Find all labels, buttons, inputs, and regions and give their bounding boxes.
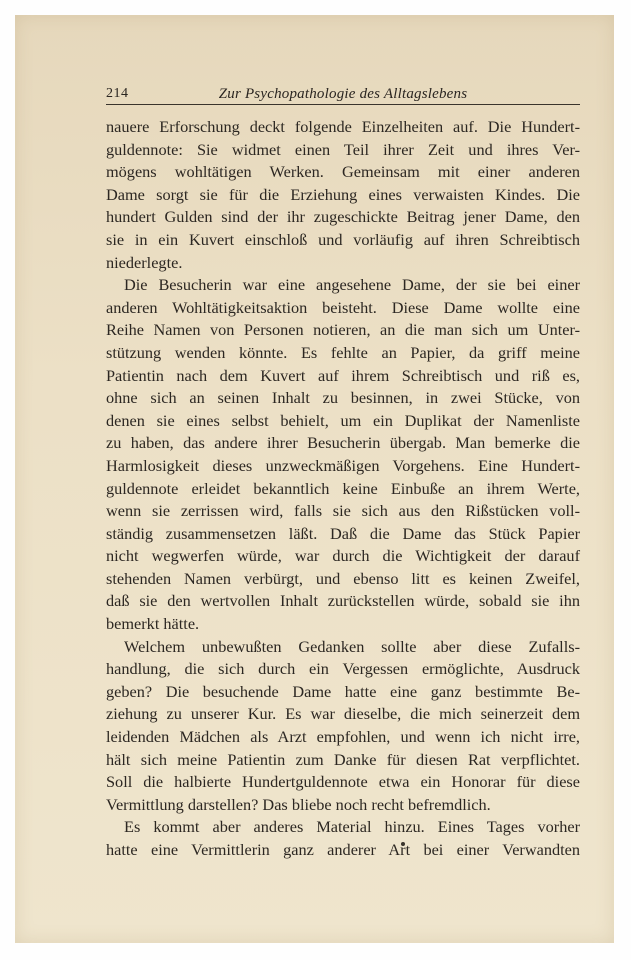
text-line: niederlegte. [106,252,580,275]
text-line: Reihe Namen von Personen notieren, an di… [106,319,580,342]
text-line: wenn sie zerrissen wird, falls sie sich … [106,500,580,523]
text-line: zu haben, das andere ihrer Besucherin üb… [106,432,580,455]
text-line: hatte eine Vermittlerin ganz anderer Art… [106,839,580,862]
text-line: Die Besucherin war eine angesehene Dame,… [106,274,580,297]
text-line: Es kommt aber anderes Material hinzu. Ei… [106,816,580,839]
text-line: nauere Erforschung deckt folgende Einzel… [106,116,580,139]
text-line: hundert Gulden sind der ihr zugeschickte… [106,206,580,229]
text-line: Soll die halbierte Hundertguldennote etw… [106,771,580,794]
page-header: 214 Zur Psychopathologie des Alltagslebe… [106,86,580,106]
print-speck [401,842,405,846]
text-line: leidenden Mädchen als Arzt empfohlen, un… [106,726,580,749]
paragraph: nauere Erforschung deckt folgende Einzel… [106,116,580,274]
text-line: Patientin nach dem Kuvert auf ihrem Schr… [106,365,580,388]
text-line: geben? Die besuchende Dame hatte eine ga… [106,681,580,704]
text-line: anderen Wohltätigkeitsaktion beisteht. D… [106,297,580,320]
book-page: 214 Zur Psychopathologie des Alltagslebe… [15,15,614,943]
text-line: Harmlosigkeit dieses unzweckmäßigen Vorg… [106,455,580,478]
running-title: Zur Psychopathologie des Alltagslebens [106,86,580,103]
paragraph: Die Besucherin war eine angesehene Dame,… [106,274,580,636]
text-line: stehenden Namen verbürgt, und ebenso lit… [106,568,580,591]
text-line: Vermittlung darstellen? Das bliebe noch … [106,794,580,817]
text-line: Welchem unbewußten Gedanken sollte aber … [106,636,580,659]
text-line: sie in ein Kuvert einschloß und vorläufi… [106,229,580,252]
text-line: ohne sich an seinen Inhalt zu besinnen, … [106,387,580,410]
text-line: guldennote: Sie widmet einen Teil ihrer … [106,139,580,162]
header-rule [106,104,580,105]
text-line: stützung wenden könnte. Es fehlte an Pap… [106,342,580,365]
text-line: guldennote erleidet bekanntlich keine Ei… [106,478,580,501]
text-line: mögens wohltätigen Werken. Gemeinsam mit… [106,161,580,184]
paragraph: Welchem unbewußten Gedanken sollte aber … [106,636,580,817]
text-line: denen sie eines selbst behielt, um ein D… [106,410,580,433]
paragraph: Es kommt aber anderes Material hinzu. Ei… [106,816,580,861]
body-text: nauere Erforschung deckt folgende Einzel… [106,116,580,862]
text-line: handlung, die sich durch ein Vergessen e… [106,658,580,681]
text-line: daß sie den wertvollen Inhalt zurückstel… [106,590,580,613]
text-line: ständig zusammensetzen läßt. Daß die Dam… [106,523,580,546]
text-line: nicht wegwerfen würde, war durch die Wic… [106,545,580,568]
text-line: Dame sorgt sie für die Erziehung eines v… [106,184,580,207]
text-line: hält sich meine Patientin zum Danke für … [106,749,580,772]
text-line: ziehung zu unserer Kur. Es war dieselbe,… [106,703,580,726]
text-line: bemerkt hätte. [106,613,580,636]
